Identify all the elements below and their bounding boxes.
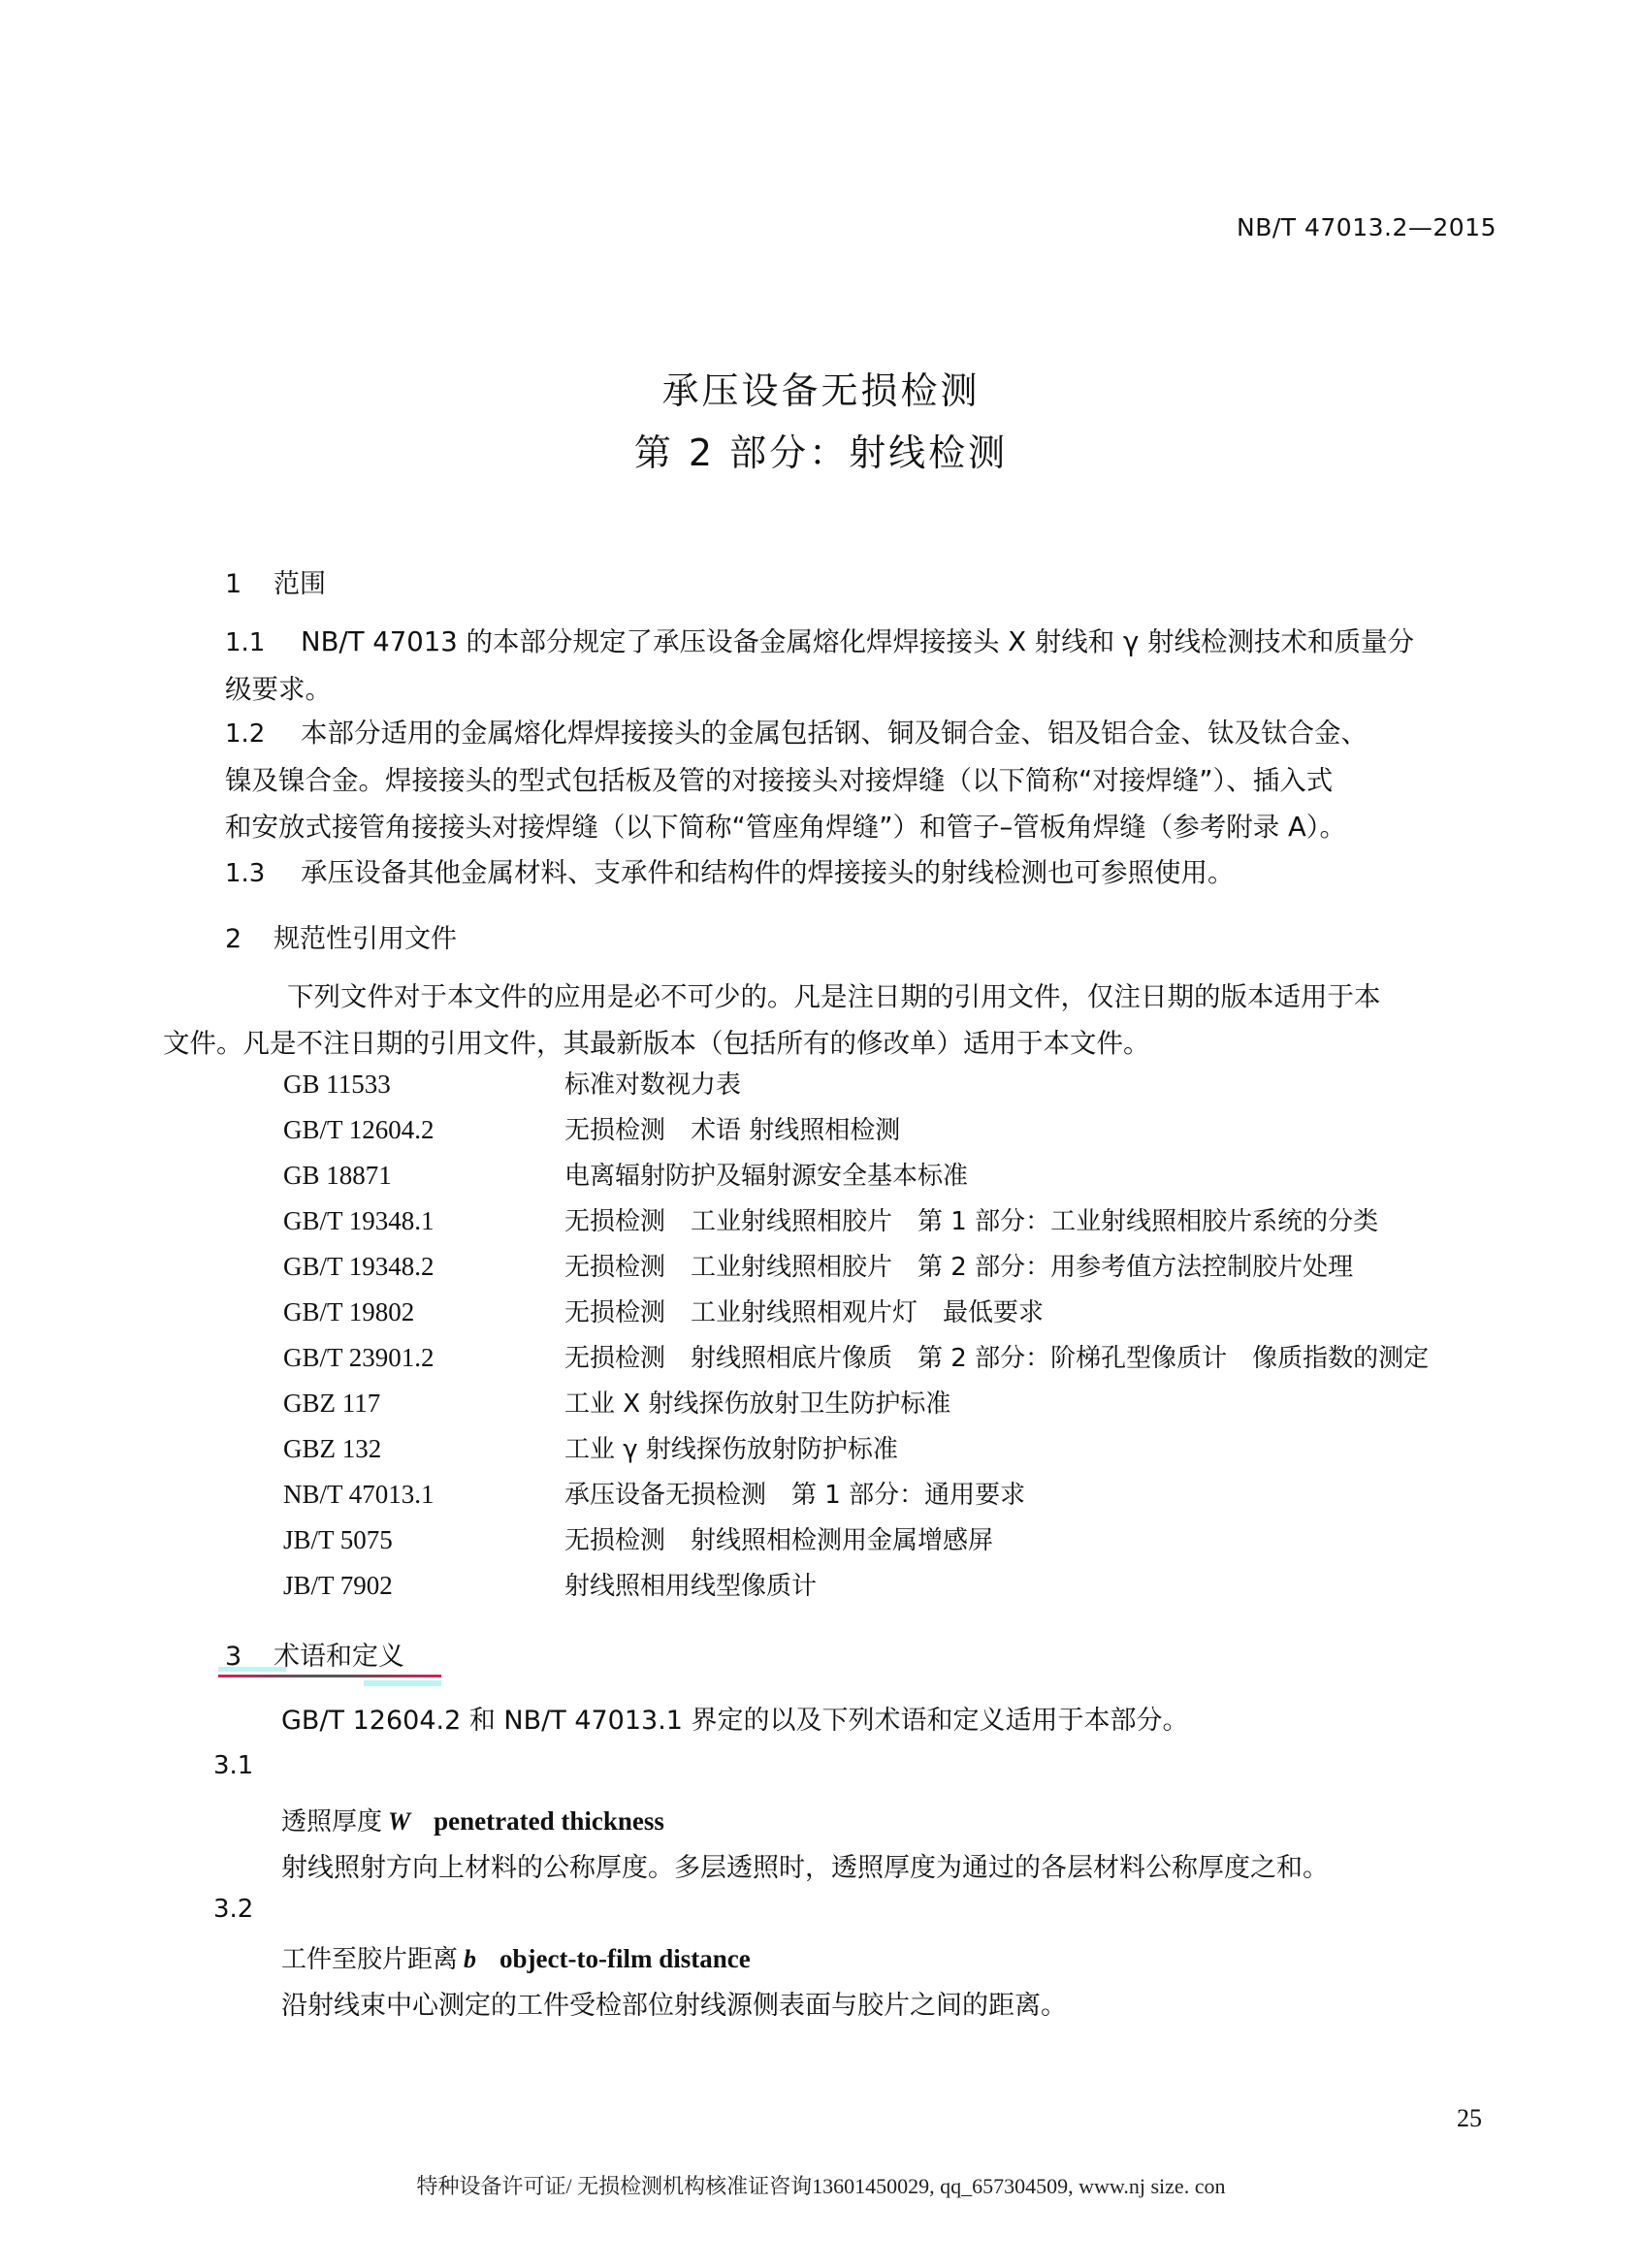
clause-1-3: 1.3承压设备其他金属材料、支承件和结构件的焊接接头的射线检测也可参照使用。 — [225, 849, 1496, 897]
reference-title: 射线照相用线型像质计 — [564, 1572, 817, 1601]
reference-item: GB 18871电离辐射防护及辐射源安全基本标准 — [283, 1156, 968, 1201]
reference-item: GBZ 117工业 X 射线探伤放射卫生防护标准 — [283, 1384, 950, 1429]
term-entry: 工件至胶片距离bobject-to-film distance — [281, 1939, 751, 1975]
term-number: 3.1 — [213, 1751, 253, 1780]
term-entry: 透照厚度Wpenetrated thickness — [281, 1802, 664, 1837]
standard-number: NB/T 47013.2—2015 — [1237, 213, 1497, 241]
document-title: 承压设备无损检测 — [0, 361, 1642, 414]
reference-title: 无损检测 射线照相检测用金属增感屏 — [564, 1526, 993, 1555]
reference-code: GB 11533 — [283, 1070, 564, 1100]
clause-text: 承压设备其他金属材料、支承件和结构件的焊接接头的射线检测也可参照使用。 — [301, 857, 1235, 888]
reference-code: JB/T 7902 — [283, 1571, 564, 1601]
section-number: 2 — [225, 924, 274, 954]
reference-item: GB/T 19348.2无损检测 工业射线照相胶片 第 2 部分：用参考值方法控… — [283, 1247, 1353, 1293]
term-number: 3.2 — [213, 1895, 253, 1924]
clause-number: 1.2 — [225, 711, 301, 757]
reference-title: 工业 X 射线探伤放射卫生防护标准 — [564, 1390, 950, 1419]
reference-title: 承压设备无损检测 第 1 部分：通用要求 — [564, 1481, 1025, 1510]
reference-code: GB/T 23901.2 — [283, 1343, 564, 1373]
clause-1-1: 1.1NB/T 47013 的本部分规定了承压设备金属熔化焊焊接接头 X 射线和… — [225, 619, 1496, 713]
reference-title: 无损检测 工业射线照相观片灯 最低要求 — [564, 1298, 1044, 1327]
terms-intro: GB/T 12604.2 和 NB/T 47013.1 界定的以及下列术语和定义… — [281, 1699, 1189, 1737]
clause-number: 1.1 — [225, 620, 301, 666]
clause-text: 和安放式接管角接接头对接焊缝（以下简称“管座角焊缝”）和管子–管板角焊缝（参考附… — [225, 812, 1346, 843]
page-number: 25 — [1457, 2104, 1482, 2133]
section-heading-1: 1范围 — [225, 562, 326, 600]
reference-item: GB/T 23901.2无损检测 射线照相底片像质 第 2 部分：阶梯孔型像质计… — [283, 1338, 1429, 1384]
reference-title: 无损检测 术语 射线照相检测 — [564, 1116, 900, 1145]
reference-title: 无损检测 工业射线照相胶片 第 2 部分：用参考值方法控制胶片处理 — [564, 1253, 1353, 1282]
reference-code: GB/T 19348.1 — [283, 1206, 564, 1236]
reference-item: GB 11533标准对数视力表 — [283, 1065, 741, 1110]
term-definition: 射线照射方向上材料的公称厚度。多层透照时，透照厚度为通过的各层材料公称厚度之和。 — [281, 1846, 1329, 1884]
term-en: penetrated thickness — [434, 1806, 664, 1836]
term-symbol: b — [464, 1945, 476, 1973]
intro-text: 下列文件对于本文件的应用是必不可少的。凡是注日期的引用文件，仅注日期的版本适用于… — [287, 981, 1381, 1012]
reference-item: GBZ 132工业 γ 射线探伤放射防护标准 — [283, 1429, 898, 1475]
reference-item: NB/T 47013.1承压设备无损检测 第 1 部分：通用要求 — [283, 1475, 1025, 1520]
document-subtitle: 第 2 部分：射线检测 — [0, 423, 1642, 476]
reference-item: GB/T 19348.1无损检测 工业射线照相胶片 第 1 部分：工业射线照相胶… — [283, 1201, 1378, 1247]
reference-code: GB/T 19348.2 — [283, 1252, 564, 1282]
term-definition: 沿射线束中心测定的工件受检部位射线源侧表面与胶片之间的距离。 — [281, 1984, 1067, 2022]
clause-text: 镍及镍合金。焊接接头的型式包括板及管的对接接头对接焊缝（以下简称“对接焊缝”）、… — [225, 765, 1333, 796]
reference-code: GB/T 12604.2 — [283, 1115, 564, 1145]
section-number: 1 — [225, 569, 274, 599]
term-cn: 透照厚度 — [281, 1807, 382, 1837]
reference-title: 无损检测 射线照相底片像质 第 2 部分：阶梯孔型像质计 像质指数的测定 — [564, 1344, 1429, 1373]
reference-code: GB/T 19802 — [283, 1297, 564, 1327]
annotation-underline — [218, 1675, 441, 1677]
section-title: 术语和定义 — [274, 1642, 404, 1672]
reference-code: GBZ 117 — [283, 1389, 564, 1419]
reference-item: GB/T 19802无损检测 工业射线照相观片灯 最低要求 — [283, 1293, 1044, 1338]
reference-item: JB/T 5075无损检测 射线照相检测用金属增感屏 — [283, 1520, 993, 1566]
reference-code: JB/T 5075 — [283, 1525, 564, 1555]
reference-title: 工业 γ 射线探伤放射防护标准 — [564, 1435, 898, 1464]
section-title: 规范性引用文件 — [274, 924, 457, 954]
clause-text: 级要求。 — [225, 674, 332, 705]
section-heading-2: 2规范性引用文件 — [225, 917, 457, 955]
normative-references-intro: 下列文件对于本文件的应用是必不可少的。凡是注日期的引用文件，仅注日期的版本适用于… — [225, 974, 1496, 1067]
section-title: 范围 — [274, 569, 326, 599]
clause-text: NB/T 47013 的本部分规定了承压设备金属熔化焊焊接接头 X 射线和 γ … — [301, 626, 1414, 657]
clause-1-2: 1.2本部分适用的金属熔化焊焊接接头的金属包括钢、铜及铜合金、铝及铝合金、钛及钛… — [225, 710, 1496, 850]
reference-item: JB/T 7902射线照相用线型像质计 — [283, 1566, 817, 1612]
reference-title: 标准对数视力表 — [564, 1070, 741, 1100]
term-en: object-to-film distance — [499, 1944, 751, 1973]
reference-item: GB/T 12604.2无损检测 术语 射线照相检测 — [283, 1110, 900, 1156]
term-cn: 工件至胶片距离 — [281, 1945, 458, 1974]
reference-title: 无损检测 工业射线照相胶片 第 1 部分：工业射线照相胶片系统的分类 — [564, 1207, 1378, 1236]
reference-title: 电离辐射防护及辐射源安全基本标准 — [564, 1162, 968, 1191]
reference-code: NB/T 47013.1 — [283, 1480, 564, 1510]
term-symbol: W — [388, 1807, 410, 1836]
reference-code: GBZ 132 — [283, 1434, 564, 1464]
reference-code: GB 18871 — [283, 1161, 564, 1191]
clause-number: 1.3 — [225, 850, 301, 897]
watermark-footer: 特种设备许可证/ 无损检测机构核准证咨询13601450029, qq_6573… — [0, 2170, 1642, 2200]
clause-text: 本部分适用的金属熔化焊焊接接头的金属包括钢、铜及铜合金、铝及铝合金、钛及钛合金、 — [301, 718, 1368, 749]
intro-text: 文件。凡是不注日期的引用文件，其最新版本（包括所有的修改单）适用于本文件。 — [163, 1020, 1150, 1067]
